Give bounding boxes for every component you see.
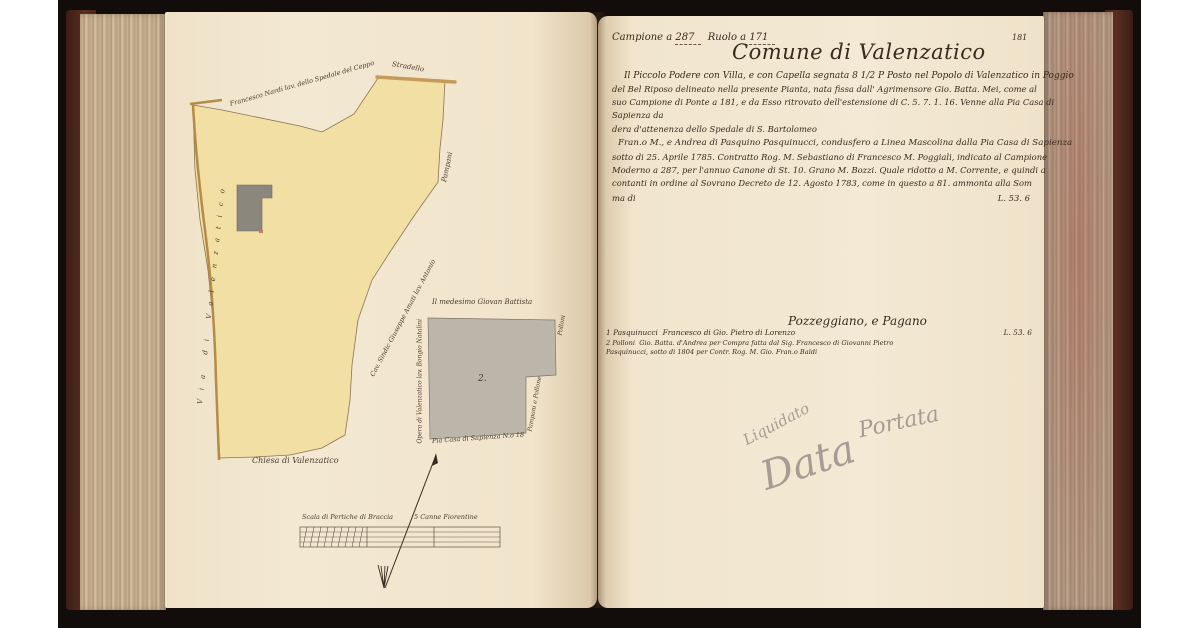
row-num: 2 — [606, 339, 610, 347]
label-parcel2-left: Opera di Valenzatico lav. Bongio Natalin… — [417, 319, 424, 444]
sum-amount: L. 53. 6 — [998, 192, 1030, 205]
page-number: 181 — [1012, 31, 1027, 44]
page-title: Comune di Valenzatico — [732, 40, 986, 64]
owner-row-1: 1 Pasquinucci Francesco di Gio. Pietro d… — [606, 326, 1032, 339]
text-line: sotto di 25. Aprile 1785. Contratto Rog.… — [612, 151, 1047, 164]
text-line: Sapienza da — [612, 109, 664, 122]
sum-label: ma di — [612, 193, 636, 203]
text-line: dera d'attenenza dello Spedale di S. Bar… — [612, 123, 817, 136]
label-chiesa: Chiesa di Valenzatico — [252, 456, 339, 465]
row-name: Pasquinucci — [613, 328, 658, 337]
row-amount: L. 53. 6 — [1004, 326, 1032, 339]
row-text: Gio. Batta. d'Andrea per Compra fatta da… — [606, 339, 893, 356]
row-num: 1 — [606, 328, 611, 337]
campione-label: Campione a — [612, 32, 672, 43]
text-line: Fran.o M., e Andrea di Pasquino Pasquinu… — [618, 137, 1072, 150]
north-arrow — [385, 455, 436, 588]
label-parcel2-top: Il medesimo Giovan Battista — [432, 298, 532, 306]
text-line: Il Piccolo Podere con Villa, e con Capel… — [624, 70, 1074, 83]
text-line: del Bel Riposo delineato nella presente … — [612, 83, 1037, 96]
scale-label-left: Scala di Pertiche di Braccia — [302, 513, 393, 521]
text-line: contanti in ordine al Sovrano Decreto de… — [612, 177, 1032, 190]
campione-value: 287 — [675, 31, 701, 45]
text-line: Moderno a 287, per l'annuo Canone di St.… — [612, 164, 1046, 177]
book-gutter — [590, 12, 606, 608]
scale-label-right: 5 Canne Fiorentine — [414, 513, 478, 521]
text-line: suo Campione di Ponte a 181, e da Esso r… — [612, 96, 1054, 109]
scale-bar — [300, 527, 500, 547]
parcel-1-yellow — [193, 78, 445, 458]
owner-row-2: 2 Polloni Gio. Batta. d'Andrea per Compr… — [606, 339, 906, 357]
sum-line: ma di L. 53. 6 — [612, 192, 1030, 205]
parcel-2-number: 2. — [478, 374, 487, 384]
row-name: Polloni — [612, 339, 635, 347]
row-text: Francesco di Gio. Pietro di Lorenzo — [663, 328, 796, 337]
